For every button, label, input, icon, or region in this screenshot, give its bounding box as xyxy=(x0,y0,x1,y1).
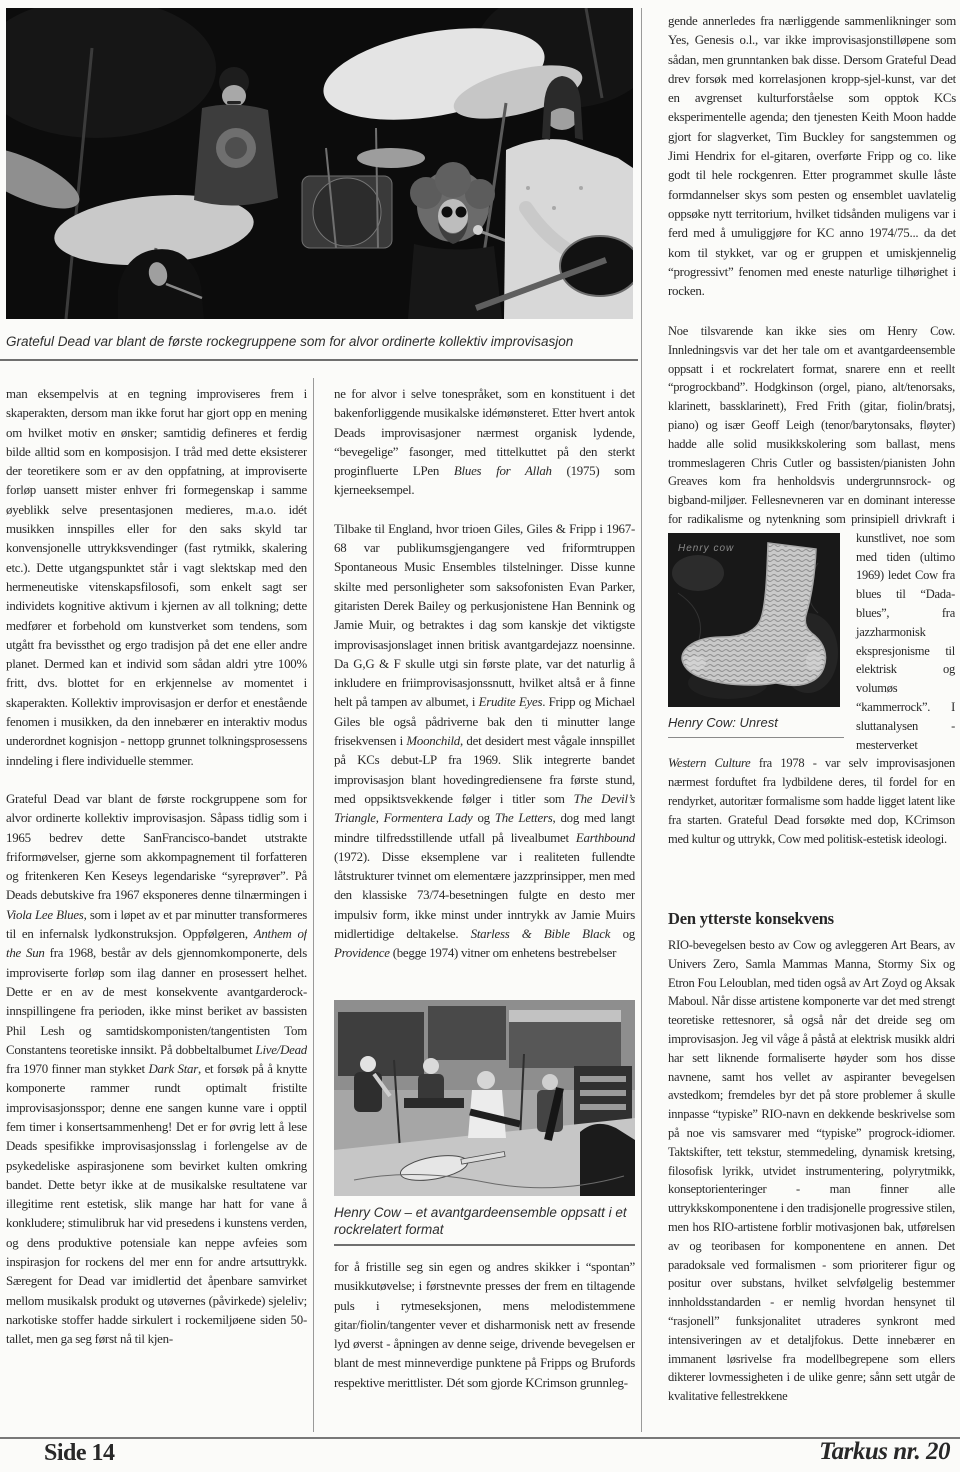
body-paragraph: RIO-bevegelsen besto av Cow og avleggere… xyxy=(668,936,955,1406)
column-divider-right xyxy=(641,8,642,1432)
body-paragraph: for å fristille seg sin egen og andres s… xyxy=(334,1258,635,1393)
column-right: Noe tilsvarende kan ikke sies om Henry C… xyxy=(668,322,955,1436)
magazine-page: Grateful Dead var blant de første rockeg… xyxy=(0,0,960,1472)
body-paragraph: Noe tilsvarende kan ikke sies om Henry C… xyxy=(668,322,955,848)
henry-cow-caption: Henry Cow – et avantgardeensemble oppsat… xyxy=(334,1204,635,1238)
unrest-album-figure: Henry cow Henry Cow: Unrest xyxy=(668,533,844,739)
top-right-text-block: gende annerledes fra nærliggende sammenl… xyxy=(668,12,956,318)
svg-text:Henry cow: Henry cow xyxy=(678,543,734,554)
footer-rule xyxy=(0,1437,960,1439)
unrest-album-cover: Henry cow xyxy=(668,533,844,707)
body-paragraph: Grateful Dead var blant de første rockgr… xyxy=(6,790,307,1350)
body-paragraph: gende annerledes fra nærliggende sammenl… xyxy=(668,12,956,301)
unrest-caption: Henry Cow: Unrest xyxy=(668,714,844,731)
caption-rule xyxy=(334,1244,635,1246)
grateful-dead-photo xyxy=(6,8,633,319)
column-left: man eksempelvis at en tegning improviser… xyxy=(6,385,307,1435)
body-paragraph: ne for alvor i selve tonespråket, som en… xyxy=(334,385,635,501)
caption-rule xyxy=(0,359,638,361)
column-middle: ne for alvor i selve tonespråket, som en… xyxy=(334,385,635,1418)
caption-rule xyxy=(668,737,844,739)
body-paragraph: man eksempelvis at en tegning improviser… xyxy=(6,385,307,771)
magazine-issue-label: Tarkus nr. 20 xyxy=(819,1438,950,1466)
column-divider-left xyxy=(313,378,314,1432)
paragraph-text: Noe tilsvarende kan ikke sies om Henry C… xyxy=(668,324,955,526)
section-heading: Den ytterste konsekvens xyxy=(668,908,955,930)
body-paragraph: Tilbake til England, hvor trioen Giles, … xyxy=(334,520,635,964)
grateful-dead-caption: Grateful Dead var blant de første rockeg… xyxy=(6,333,630,350)
henry-cow-photo xyxy=(334,1000,635,1196)
page-number: Side 14 xyxy=(44,1440,115,1467)
